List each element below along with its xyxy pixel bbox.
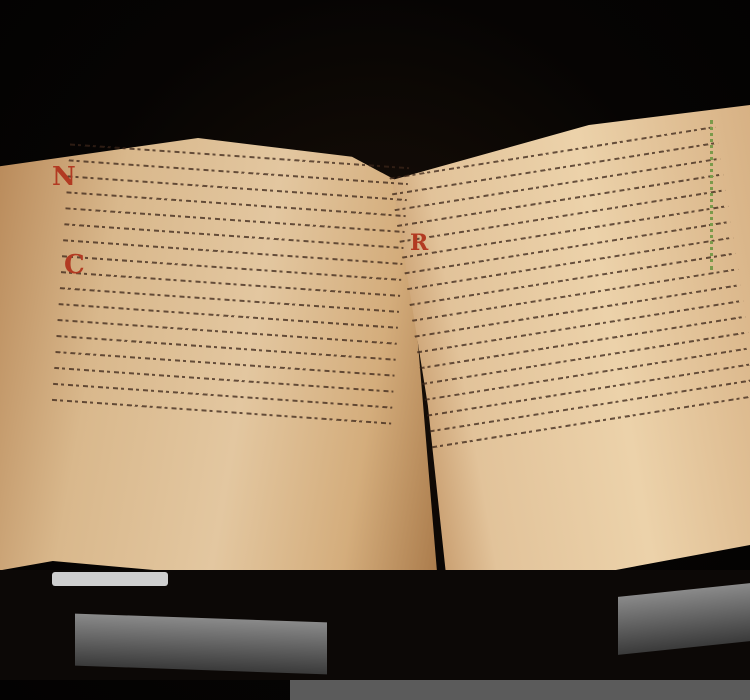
red-initial-left-middle: C: [64, 250, 85, 280]
metal-support-left: [75, 614, 327, 675]
green-marginal-decoration: [710, 120, 743, 270]
display-floor: [290, 680, 750, 700]
right-page-script: [390, 126, 750, 462]
left-page-script: [51, 143, 409, 438]
red-initial-right: R: [410, 230, 428, 256]
metal-clip-left: [52, 572, 168, 586]
red-initial-left-top: N: [52, 162, 76, 192]
